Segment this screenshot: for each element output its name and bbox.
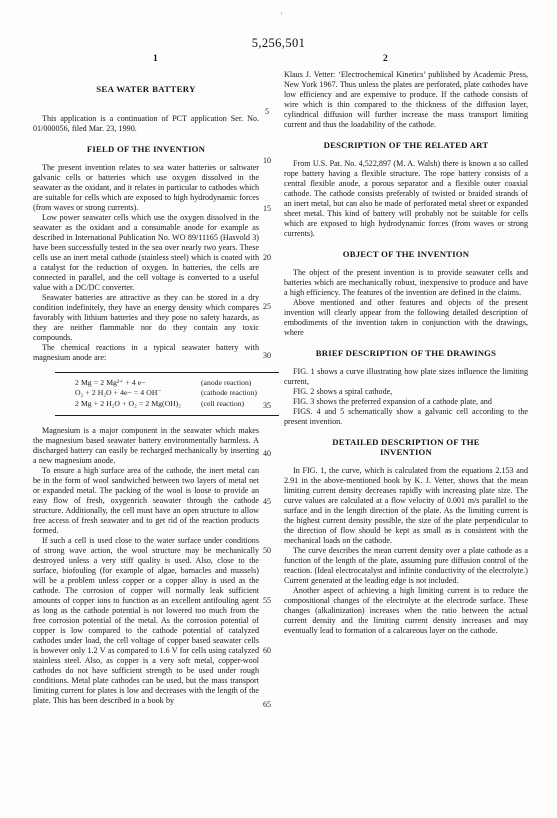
line-number: 5 xyxy=(259,107,275,116)
cell-reaction-equation: 2 Mg + 2 H₂O + O₂ = 2 Mg(OH)₂ xyxy=(55,399,201,409)
paragraph: Seawater batteries are attractive as the… xyxy=(33,293,259,343)
line-number: 50 xyxy=(259,546,275,555)
column-number-right: 2 xyxy=(383,54,388,64)
table-row: 2 Mg + 2 H₂O + O₂ = 2 Mg(OH)₂ (cell reac… xyxy=(55,399,279,409)
line-number: 55 xyxy=(259,596,275,605)
paragraph: The curve describes the mean current den… xyxy=(284,546,528,586)
cathode-reaction-equation: O₂ + 2 H₂O + 4e− = 4 OH⁻ xyxy=(55,388,201,398)
line-number: 15 xyxy=(259,204,275,213)
paragraph: Magnesium is a major component in the se… xyxy=(33,426,259,466)
section-heading-field-of-invention: FIELD OF THE INVENTION xyxy=(33,144,259,154)
section-heading-object-of-invention: OBJECT OF THE INVENTION xyxy=(284,249,528,259)
patent-document-page: ' 5,256,501 1 2 5 10 15 20 25 30 35 40 4… xyxy=(0,0,557,818)
paragraph: The present invention relates to sea wat… xyxy=(33,163,259,213)
column-number-left: 1 xyxy=(153,54,158,64)
line-number: 10 xyxy=(259,156,275,165)
paragraph: Klaus J. Vetter: ‘Electrochemical Kineti… xyxy=(284,70,528,130)
patent-number: 5,256,501 xyxy=(0,36,557,51)
paragraph: The object of the present invention is t… xyxy=(284,268,528,298)
cell-reaction-label: (cell reaction) xyxy=(201,399,279,409)
line-number: 65 xyxy=(259,700,275,709)
line-number: 40 xyxy=(259,449,275,458)
paragraph: Low power seawater cells which use the o… xyxy=(33,213,259,293)
line-number: 20 xyxy=(259,253,275,262)
chemical-reaction-table: 2 Mg = 2 Mg²⁺ + 4 e− (anode reaction) O₂… xyxy=(55,372,279,416)
line-number: 25 xyxy=(259,302,275,311)
paragraph: The chemical reactions in a typical seaw… xyxy=(33,343,259,363)
anode-reaction-label: (anode reaction) xyxy=(201,378,279,388)
line-number: 30 xyxy=(259,351,275,360)
figure-description: FIG. 3 shows the preferred expansion of … xyxy=(284,397,528,407)
section-heading-detailed-description: DETAILED DESCRIPTION OF THE INVENTION xyxy=(317,437,495,457)
paragraph: Above mentioned and other features and o… xyxy=(284,298,528,338)
table-row: 2 Mg = 2 Mg²⁺ + 4 e− (anode reaction) xyxy=(55,378,279,388)
paragraph: From U.S. Pat. No. 4,522,897 (M. A. Wals… xyxy=(284,159,528,239)
scan-artifact-mark: ' xyxy=(281,11,282,20)
right-text-column: Klaus J. Vetter: ‘Electrochemical Kineti… xyxy=(284,70,528,636)
section-heading-related-art: DESCRIPTION OF THE RELATED ART xyxy=(284,140,528,150)
figure-description: FIG. 2 shows a spiral cathode, xyxy=(284,387,528,397)
invention-title: SEA WATER BATTERY xyxy=(33,84,259,94)
figure-description: FIG. 1 shows a curve illustrating how pl… xyxy=(284,367,528,387)
line-number: 45 xyxy=(259,497,275,506)
paragraph: Another aspect of achieving a high limit… xyxy=(284,586,528,636)
section-heading-brief-description-drawings: BRIEF DESCRIPTION OF THE DRAWINGS xyxy=(284,348,528,358)
left-text-column: SEA WATER BATTERY This application is a … xyxy=(33,84,259,706)
cathode-reaction-label: (cathode reaction) xyxy=(201,388,279,398)
paragraph: To ensure a high surface area of the cat… xyxy=(33,466,259,536)
figure-description: FIGS. 4 and 5 schematically show a galva… xyxy=(284,407,528,427)
continuation-statement: This application is a continuation of PC… xyxy=(33,114,259,134)
line-number: 60 xyxy=(259,646,275,655)
paragraph: If such a cell is used close to the wate… xyxy=(33,536,259,706)
table-row: O₂ + 2 H₂O + 4e− = 4 OH⁻ (cathode reacti… xyxy=(55,388,279,398)
anode-reaction-equation: 2 Mg = 2 Mg²⁺ + 4 e− xyxy=(55,378,201,388)
paragraph: In FIG. 1, the curve, which is calculate… xyxy=(284,466,528,546)
